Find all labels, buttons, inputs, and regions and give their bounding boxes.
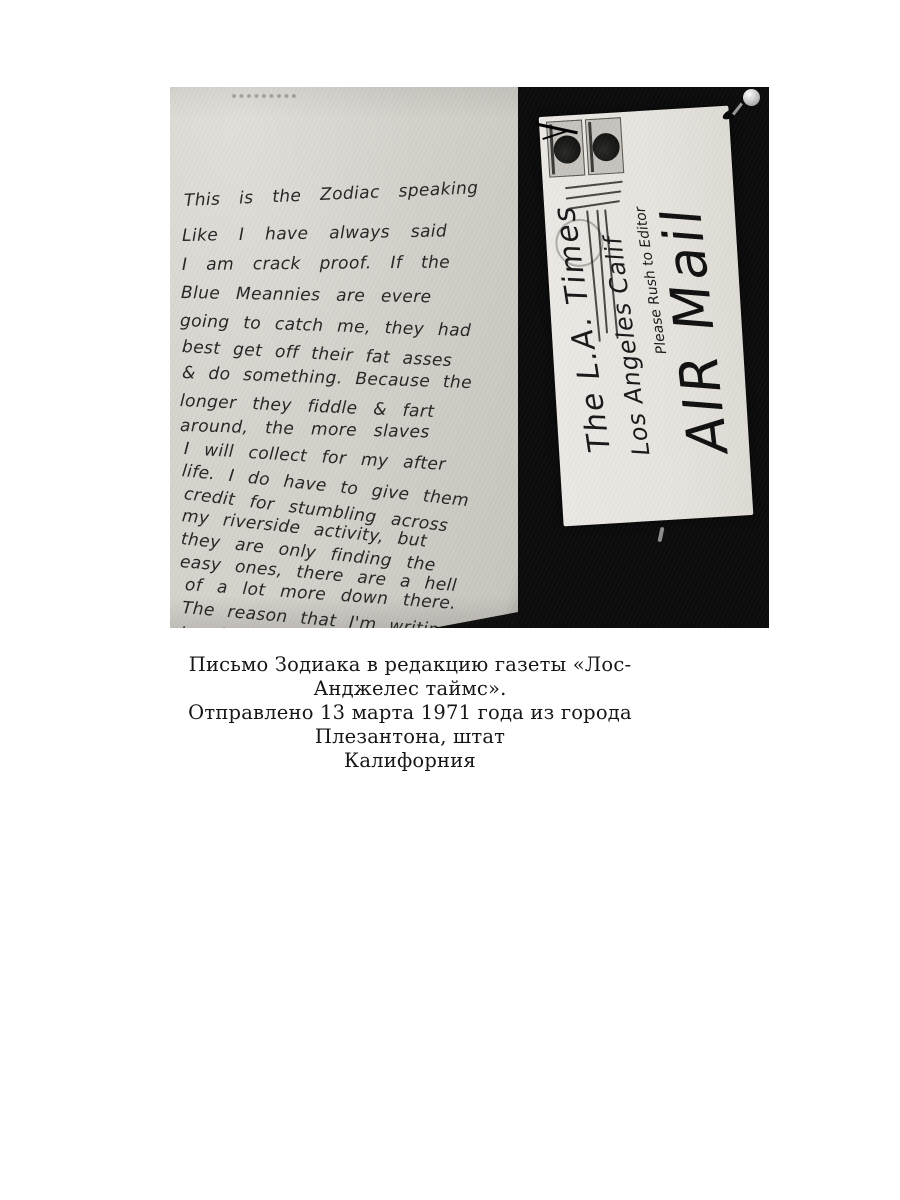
zodiac-letter-photo: This is the Zodiac speakingLike I have a… xyxy=(170,87,769,628)
caption-line: Отправлено 13 марта 1971 года из города … xyxy=(140,701,680,749)
envelope: The L.A. TimesLos Angeles CalifPlease Ru… xyxy=(539,106,754,527)
shadow-wedge xyxy=(433,612,518,628)
caption-line: Письмо Зодиака в редакцию газеты «Лос-Ан… xyxy=(140,653,680,701)
letter-line: This is the Zodiac speaking xyxy=(184,180,479,210)
caption-line: Калифорния xyxy=(140,749,680,773)
pushpin-icon xyxy=(743,89,760,106)
photo-caption: Письмо Зодиака в редакцию газеты «Лос-Ан… xyxy=(140,653,680,773)
letter-line: Blue Meannies are evere xyxy=(181,285,432,306)
letter-line: around, the more slaves xyxy=(180,418,430,442)
letter-text: This is the Zodiac speakingLike I have a… xyxy=(170,87,518,628)
letter-paper: This is the Zodiac speakingLike I have a… xyxy=(170,87,518,628)
letter-line: I am crack proof. If the xyxy=(182,255,450,274)
letter-line: Like I have always said xyxy=(182,223,447,245)
letter-line: going to catch me, they had xyxy=(180,313,472,340)
book-page: This is the Zodiac speakingLike I have a… xyxy=(0,0,900,1200)
